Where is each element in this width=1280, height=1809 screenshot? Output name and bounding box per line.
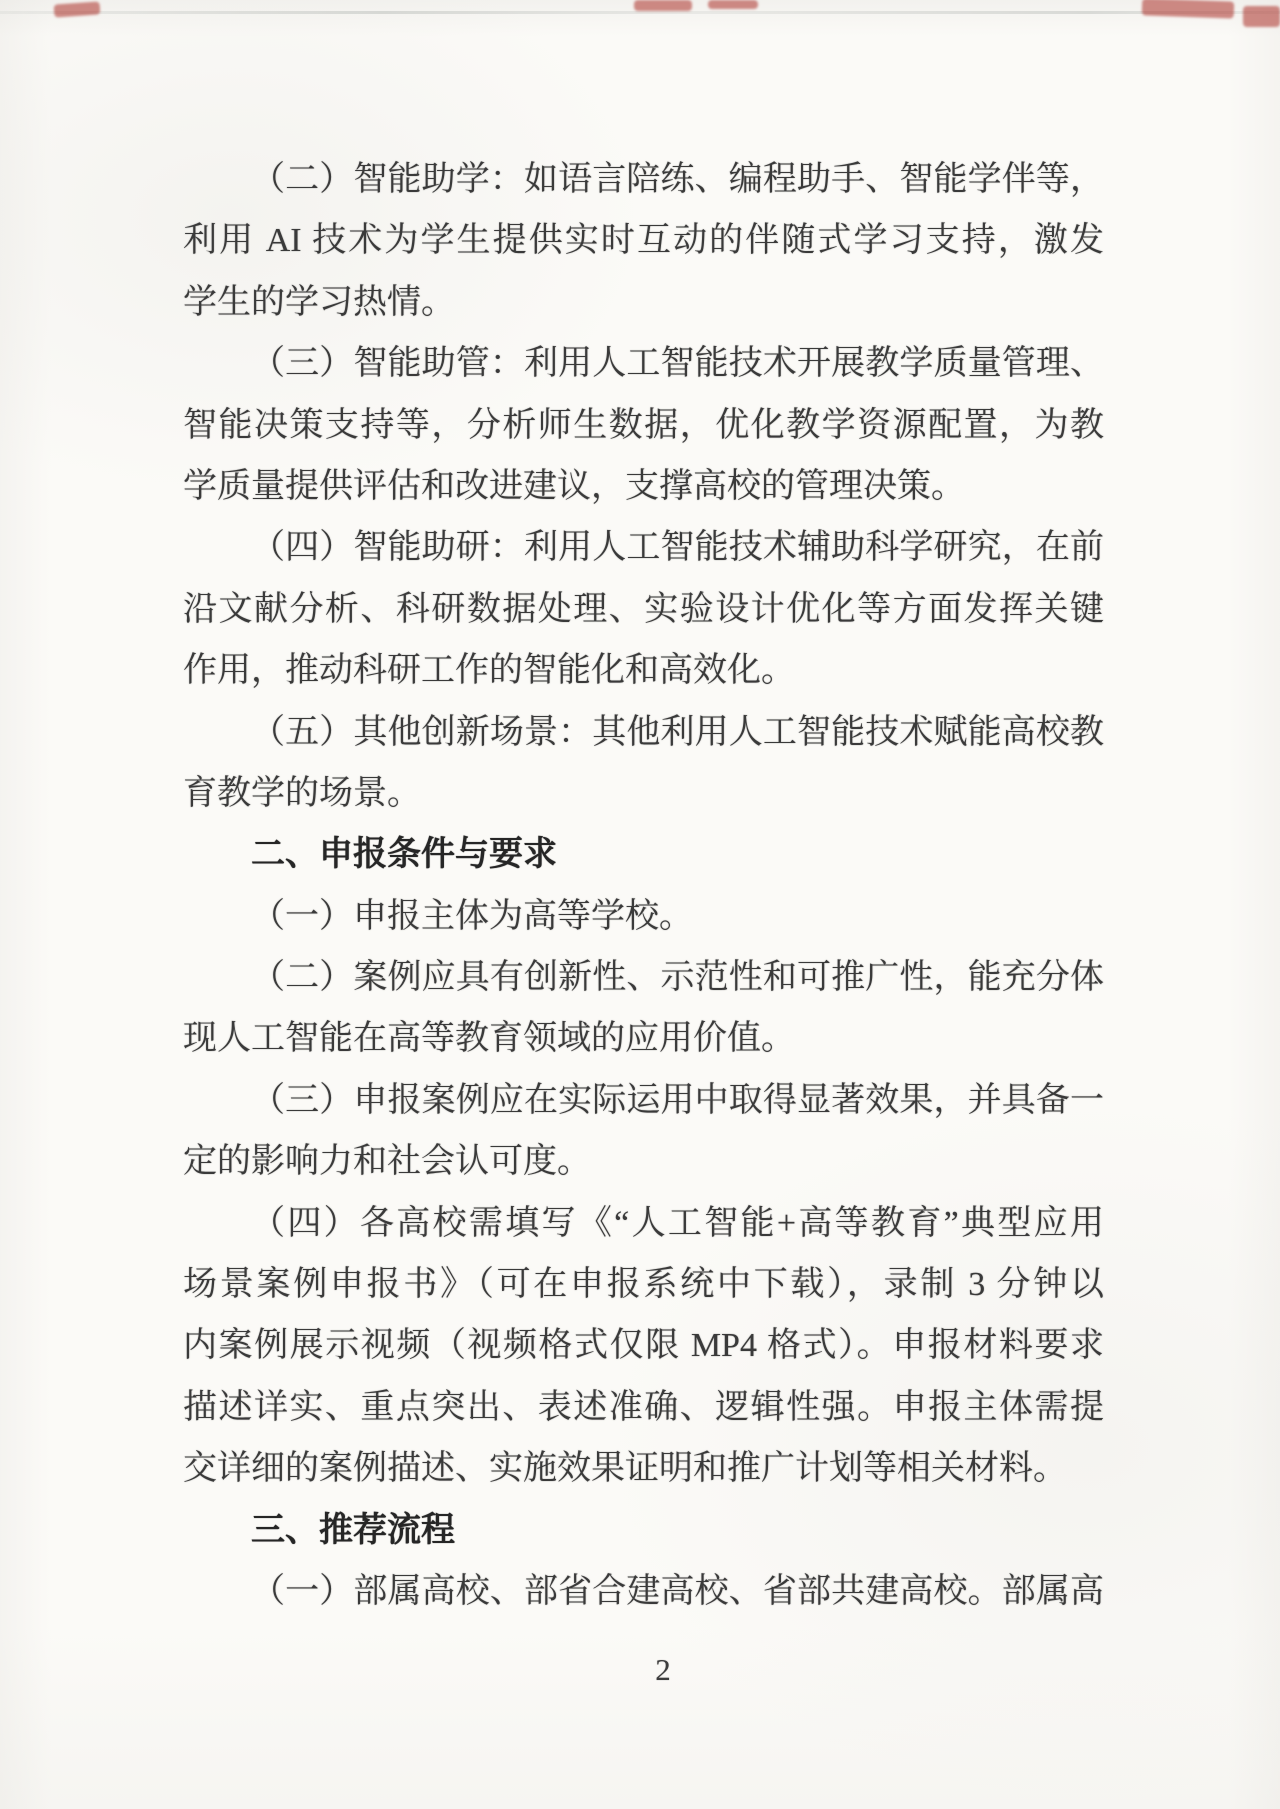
document-line: （二）智能助学：如语言陪练、编程助手、智能学伴等，: [183, 149, 1104, 210]
document-line: 内案例展示视频（视频格式仅限 MP4 格式）。申报材料要求: [183, 1315, 1104, 1376]
document-line: （一）部属高校、部省合建高校、省部共建高校。部属高: [183, 1561, 1104, 1622]
document-line: 学质量提供评估和改进建议，支撑高校的管理决策。: [183, 456, 1104, 517]
document-line: （三）申报案例应在实际运用中取得显著效果，并具备一: [183, 1070, 1104, 1131]
document-line: （一）申报主体为高等学校。: [183, 886, 1104, 947]
document-line: 场景案例申报书》（可在申报系统中下载），录制 3 分钟以: [183, 1254, 1104, 1315]
document-line: （五）其他创新场景：其他利用人工智能技术赋能高校教: [183, 702, 1104, 763]
document-line: 交详细的案例描述、实施效果证明和推广计划等相关材料。: [183, 1438, 1104, 1499]
scan-artifact-red-mark-left: [54, 1, 101, 17]
document-line: 育教学的场景。: [183, 763, 1104, 824]
scanned-document-page: （二）智能助学：如语言陪练、编程助手、智能学伴等，利用 AI 技术为学生提供实时…: [0, 0, 1280, 1809]
document-line: 现人工智能在高等教育领域的应用价值。: [183, 1008, 1104, 1069]
section-heading: 二、申报条件与要求: [183, 824, 1104, 885]
section-heading: 三、推荐流程: [183, 1500, 1104, 1561]
scan-artifact-red-mark-right-2: [1243, 6, 1280, 27]
document-text-block: （二）智能助学：如语言陪练、编程助手、智能学伴等，利用 AI 技术为学生提供实时…: [183, 149, 1104, 1622]
document-line: 利用 AI 技术为学生提供实时互动的伴随式学习支持，激发: [183, 210, 1104, 271]
document-line: （四）智能助研：利用人工智能技术辅助科学研究，在前: [183, 517, 1104, 578]
document-line: （四）各高校需填写《“人工智能+高等教育”典型应用: [183, 1193, 1104, 1254]
document-line: 定的影响力和社会认可度。: [183, 1131, 1104, 1192]
document-line: 智能决策支持等，分析师生数据，优化教学资源配置，为教: [183, 395, 1104, 456]
scan-artifact-red-mark-center-2: [708, 0, 758, 9]
scan-edge-line: [0, 11, 1280, 14]
document-line: 作用，推动科研工作的智能化和高效化。: [183, 640, 1104, 701]
document-line: 沿文献分析、科研数据处理、实验设计优化等方面发挥关键: [183, 579, 1104, 640]
document-line: （三）智能助管：利用人工智能技术开展教学质量管理、: [183, 333, 1104, 394]
document-line: 描述详实、重点突出、表述准确、逻辑性强。申报主体需提: [183, 1377, 1104, 1438]
document-line: 学生的学习热情。: [183, 272, 1104, 333]
document-line: （二）案例应具有创新性、示范性和可推广性，能充分体: [183, 947, 1104, 1008]
page-number: 2: [655, 1652, 671, 1688]
scan-artifact-red-mark-right-1: [1142, 0, 1235, 19]
scan-artifact-red-mark-center-1: [634, 0, 692, 11]
